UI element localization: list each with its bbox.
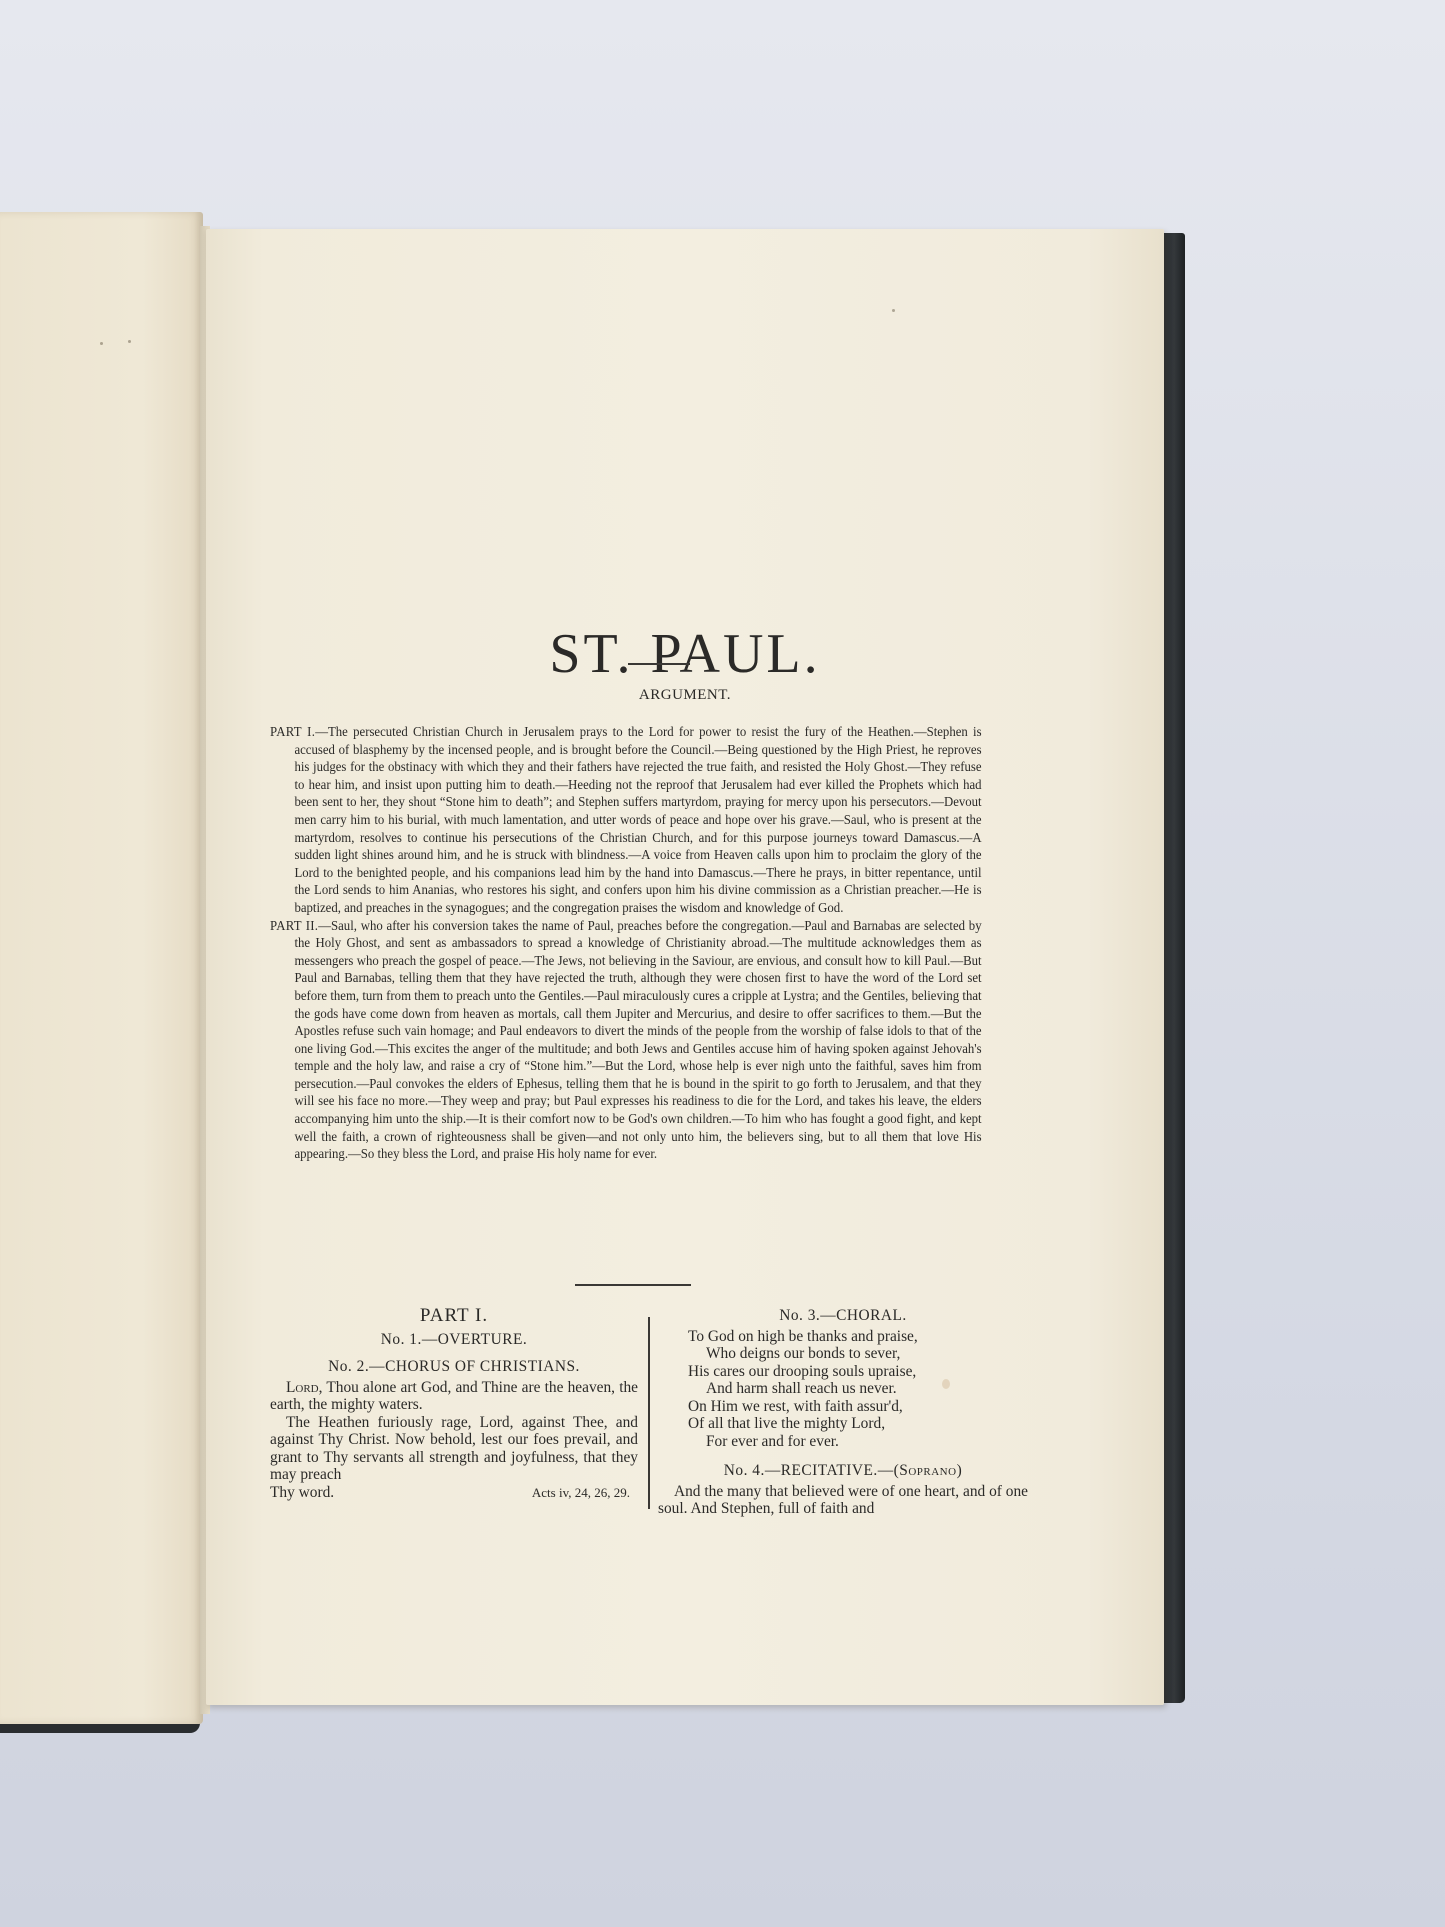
no2-paragraph-2: The Heathen furiously rage, Lord, agains… [270,1414,638,1484]
verse-line: On Him we rest, with faith assur'd, [658,1398,1028,1416]
paper-speck [128,340,131,343]
title-divider [628,663,690,665]
no3-heading: No. 3.—CHORAL. [658,1307,1028,1325]
verse-line: Of all that live the mighty Lord, [658,1415,1028,1433]
part-1-summary: —The persecuted Christian Church in Jeru… [294,724,981,915]
argument-part-2: PART II.—Saul, who after his conversion … [270,917,982,1163]
paper-speck [100,342,103,345]
left-page [0,212,203,1724]
no2-paragraph-1: Lord, Thou alone art God, and Thine are … [270,1379,638,1414]
part-2-label: PART II. [270,918,318,933]
argument-part-1: PART I.—The persecuted Christian Church … [270,723,982,917]
no4-text: And the many that believed were of one h… [658,1483,1028,1518]
no2-last-line: Thy word. Acts iv, 24, 26, 29. [270,1484,638,1502]
part-1-label: PART I. [270,724,315,739]
argument-heading: ARGUMENT. [206,687,1164,704]
verse-line: To God on high be thanks and praise, [658,1328,1028,1346]
verse-line: His cares our drooping souls upraise, [658,1363,1028,1381]
paper-speck [892,309,895,312]
scripture-reference: Acts iv, 24, 26, 29. [532,1484,638,1502]
page-title: ST. PAUL. [206,622,1164,686]
part-2-summary: —Saul, who after his conversion takes th… [294,918,981,1162]
voice-label: Soprano [899,1462,956,1479]
verse-line: For ever and for ever. [658,1433,1028,1451]
no4-heading-suffix: ) [957,1462,963,1479]
section-divider [575,1284,691,1286]
no2-last-words: Thy word. [270,1484,334,1502]
part-heading: PART I. [270,1307,638,1325]
no1-heading: No. 1.—OVERTURE. [270,1331,638,1349]
right-page: ST. PAUL. ARGUMENT. PART I.—The persecut… [206,229,1164,1705]
no2-paragraph-1-text: , Thou alone art God, and Thine are the … [270,1379,638,1414]
argument-text: PART I.—The persecuted Christian Church … [270,723,982,1163]
verse-line: And harm shall reach us never. [658,1380,1028,1398]
no4-heading: No. 4.—RECITATIVE.—(Soprano) [658,1462,1028,1480]
left-column: PART I. No. 1.—OVERTURE. No. 2.—CHORUS O… [270,1307,638,1501]
no4-heading-prefix: No. 4.—RECITATIVE.—( [724,1462,899,1479]
no2-heading: No. 2.—CHORUS OF CHRISTIANS. [270,1358,638,1376]
right-column: No. 3.—CHORAL. To God on high be thanks … [658,1307,1028,1518]
column-divider [648,1317,650,1509]
verse-line: Who deigns our bonds to sever, [658,1345,1028,1363]
choral-verse: To God on high be thanks and praise, Who… [658,1328,1028,1451]
lord-small-caps: Lord [286,1379,319,1396]
